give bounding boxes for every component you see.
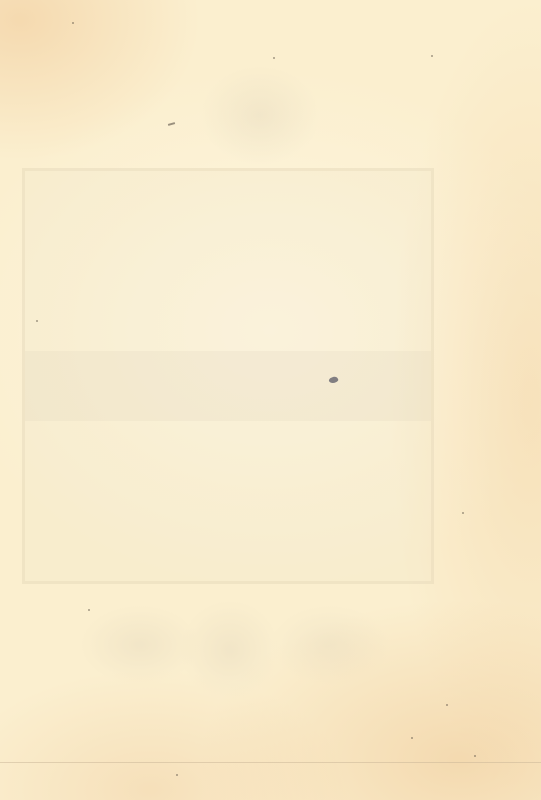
paper-speck <box>273 57 275 59</box>
paper-speck <box>36 320 38 322</box>
paper-speck <box>431 55 433 57</box>
paper-speck <box>446 704 448 706</box>
paper-speck <box>176 774 178 776</box>
show-through-plate-band <box>25 351 431 421</box>
paper-page <box>0 0 541 800</box>
show-through-ornament <box>80 595 400 705</box>
ink-fleck <box>168 122 175 126</box>
show-through-top-figure <box>200 65 320 165</box>
paper-speck <box>72 22 74 24</box>
show-through-plate-frame <box>22 168 434 584</box>
paper-speck <box>474 755 476 757</box>
paper-speck <box>88 609 90 611</box>
page-edge-line <box>0 762 541 763</box>
paper-speck <box>462 512 464 514</box>
paper-speck <box>411 737 413 739</box>
